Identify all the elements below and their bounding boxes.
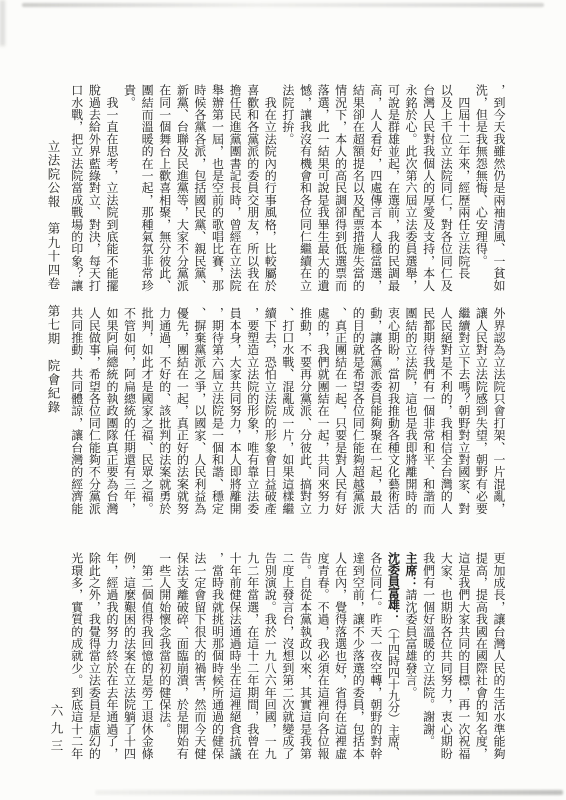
text-column: 喜歡和各黨派的委員交朋友，所以我在 [243, 84, 261, 291]
text-column: 告。自從本黨執政以來，其實這是我第 [296, 552, 314, 759]
text-column: 台灣人民對我個人的厚愛及支持，本人 [419, 84, 437, 291]
text-column: 更加成長，讓台灣人民的生活水準能夠 [489, 552, 507, 759]
text-column: 續下去，恐怕立法院的形象會日益破產 [261, 307, 279, 514]
text-column: 團結而溫暖的在一起，那種氣氛非常珍 [138, 84, 156, 291]
text-column: 員本身，大家共同努力，本人即將離開 [226, 307, 244, 514]
text-column: 提高，提高我國在國際社會的知名度， [472, 552, 490, 759]
text-column: 如果阿扁總統的執政團隊真正要為台灣 [102, 307, 120, 514]
text-column: 民都期待我們有一個非常和平、和諧而 [419, 307, 437, 514]
text-column: 洗，但是我無怨無悔、心安理得。 [472, 84, 490, 291]
text-column: 人民絕對是不利的，我相信全台灣的人 [437, 307, 455, 514]
scan-artifact-left [0, 0, 5, 46]
text-column: ，要塑造立法院的形象，唯有靠立法委 [243, 307, 261, 514]
text-column: 口水戰，把立法院當成戰場的印象？讓 [67, 84, 85, 291]
text-band-bottom: 更加成長，讓台灣人民的生活水準能夠提高，提高我國在國際社會的知名度，這是我們大家… [67, 552, 507, 759]
text-column: 、真正團結在一起，只要是對人民有好 [331, 307, 349, 514]
text-column: 主席：請沈委員富雄發言。 [401, 552, 419, 759]
text-column: 新黨、台聯及民進黨等，大家不分黨派 [173, 84, 191, 291]
text-column: 人在內，覺得落選也好，省得在這裡虛 [331, 552, 349, 759]
text-column: 可說是群雄並起，在選前，我的民調最 [384, 84, 402, 291]
text-column: 十年前健保法通過時坐在這裡絕食抗議 [226, 552, 244, 759]
text-column: 在同一個舞台上歡喜相聚，無分彼此、 [155, 84, 173, 291]
text-column: 團結的立法院，這也是我即將離開時的 [401, 307, 419, 514]
text-column: ，期待第六屆立法院是一個和諧、穩定 [208, 307, 226, 514]
text-column: 優先，團結在一起，真正好的法案就努 [173, 307, 191, 514]
text-column: 擔任民進黨團書記長時，曾經在立法院 [226, 84, 244, 291]
text-column: 共同推動、共同體諒，讓台灣的經濟能 [67, 307, 85, 514]
text-column: 人民做事，希望各位同仁能夠不分黨派 [85, 307, 103, 514]
text-column: 批判，如此才是國家之福、民眾之福。 [138, 307, 156, 514]
text-column: 法一定會留下很大的禍害，然而今天健 [190, 552, 208, 759]
text-column: 不管如何，阿扁總統的任期還有三年， [120, 307, 138, 514]
text-column: 的目的就是希望各位同仁能夠超越黨派 [349, 307, 367, 514]
page-number: 六九三 [47, 704, 65, 757]
text-column: 告別演說。我於一九八六年回國，一九 [261, 552, 279, 759]
text-column: 達到空前，讓不少落選的委員，包括本 [349, 552, 367, 759]
text-column: 我們有一個好溫暖的立法院。謝謝。 [419, 552, 437, 759]
text-column: 脫過去給外界藍綠對立、對決，每天打 [85, 84, 103, 291]
text-band-top: ，到今天我雖然仍是兩袖清風、一貧如洗，但是我無怨無悔、心安理得。 四屆十二年來，… [67, 84, 507, 291]
text-column: 年，經過我的努力終於在去年通過了， [102, 552, 120, 759]
text-column: 四屆十二年來，經歷兩任立法院長 [454, 84, 472, 291]
text-column: 高，人人看好，四處傳言本人穩當選， [366, 84, 384, 291]
text-column: 時候各黨各派，包括國民黨、親民黨、 [190, 84, 208, 291]
text-column: 舉辦第一屆，也是空前的歌唱比賽，那 [208, 84, 226, 291]
text-column: 讓人民對立法院感到失望，朝野有必要 [472, 307, 490, 514]
text-column: 例，這麼艱困的法案在立法院躺了十四 [120, 552, 138, 759]
text-column: 度青春。不過，我必須在這裡向各位報 [313, 552, 331, 759]
text-column: 貴。 [120, 84, 138, 291]
text-column: 第二個值得我回憶的是勞工退休金條 [138, 552, 156, 759]
text-column: 結果卻在超額提名以及配票措施失當的 [349, 84, 367, 291]
text-column: 二度上發言台，沒想到第二次就變成了 [278, 552, 296, 759]
text-column: 力通過，不好的、該批判的法案就勇於 [155, 307, 173, 514]
text-column: 動，讓各黨派委員能夠聚在一起，最大 [366, 307, 384, 514]
gazette-running-header: 立法院公報 第九十四卷 第七期 院會紀錄 [44, 140, 62, 440]
text-column: 光環多，實質的成就少。到底這十二年 [67, 552, 85, 759]
scan-artifact-top [22, 3, 544, 7]
text-column: 落選，此一結果可說是我畢生最大的遺 [313, 84, 331, 291]
text-column: 我一直在思考，立法院到底能不能擺 [102, 84, 120, 291]
text-column: 、摒棄黨派之爭，以國家、人民利益為 [190, 307, 208, 514]
scan-artifact-bottom [95, 790, 563, 795]
speaker-name: 主席： [404, 552, 418, 589]
text-column: 憾，讓我沒有機會和各位同仁繼續在立 [296, 84, 314, 291]
text-column: 大家、也期盼各位共同努力，衷心期盼 [437, 552, 455, 759]
text-column: 推動，不要再分黨派、分彼此、搞對立 [296, 307, 314, 514]
text-column: 以及上千位立法院同仁，對各位同仁及 [437, 84, 455, 291]
text-column: 繼續對立下去嗎？朝野對立對國家、對 [454, 307, 472, 514]
text-column: ，當時我就挑明那個時候所通過的健保 [208, 552, 226, 759]
text-column: 我在立法院內的行事風格，比較屬於 [261, 84, 279, 291]
text-column: 、打口水戰、混亂成一片，如果這樣繼 [278, 307, 296, 514]
text-column: 情況下，本人的高民調卻得到低選票而 [331, 84, 349, 291]
speaker-name: 沈委員富雄： [386, 552, 400, 621]
text-column: ，到今天我雖然仍是兩袖清風、一貧如 [489, 84, 507, 291]
text-column: 沈委員富雄：（十四時四十九分）主席、 [384, 552, 402, 759]
text-band-middle: 外界認為立法院只會打架、一片混亂，讓人民對立法院感到失望，朝野有必要繼續對立下去… [67, 307, 507, 514]
text-column: 衷心期盼，當初我推動各種文化藝術活 [384, 307, 402, 514]
text-column: 處的，我們就團結在一起，共同來努力 [313, 307, 331, 514]
text-column: 保法支離破碎、面臨崩潰，於是開始有 [173, 552, 191, 759]
text-column: 九二年當選，在這十二年期間，我曾在 [243, 552, 261, 759]
text-column: 除此之外，我覺得當立法委員是虛幻的 [85, 552, 103, 759]
text-column: 這是我們大家共同的目標，再一次祝福 [454, 552, 472, 759]
text-column: 各位同仁。昨天一夜空轉，朝野的對幹 [366, 552, 384, 759]
text-column: 外界認為立法院只會打架、一片混亂， [489, 307, 507, 514]
text-column: 一些人開始懷念我當初的健保法。 [155, 552, 173, 759]
text-column: 永銘於心。此次第六屆立法委員選舉， [401, 84, 419, 291]
gazette-page: 立法院公報 第九十四卷 第七期 院會紀錄 ，到今天我雖然仍是兩袖清風、一貧如洗，… [0, 0, 566, 800]
text-column: 法院打拚。 [278, 84, 296, 291]
